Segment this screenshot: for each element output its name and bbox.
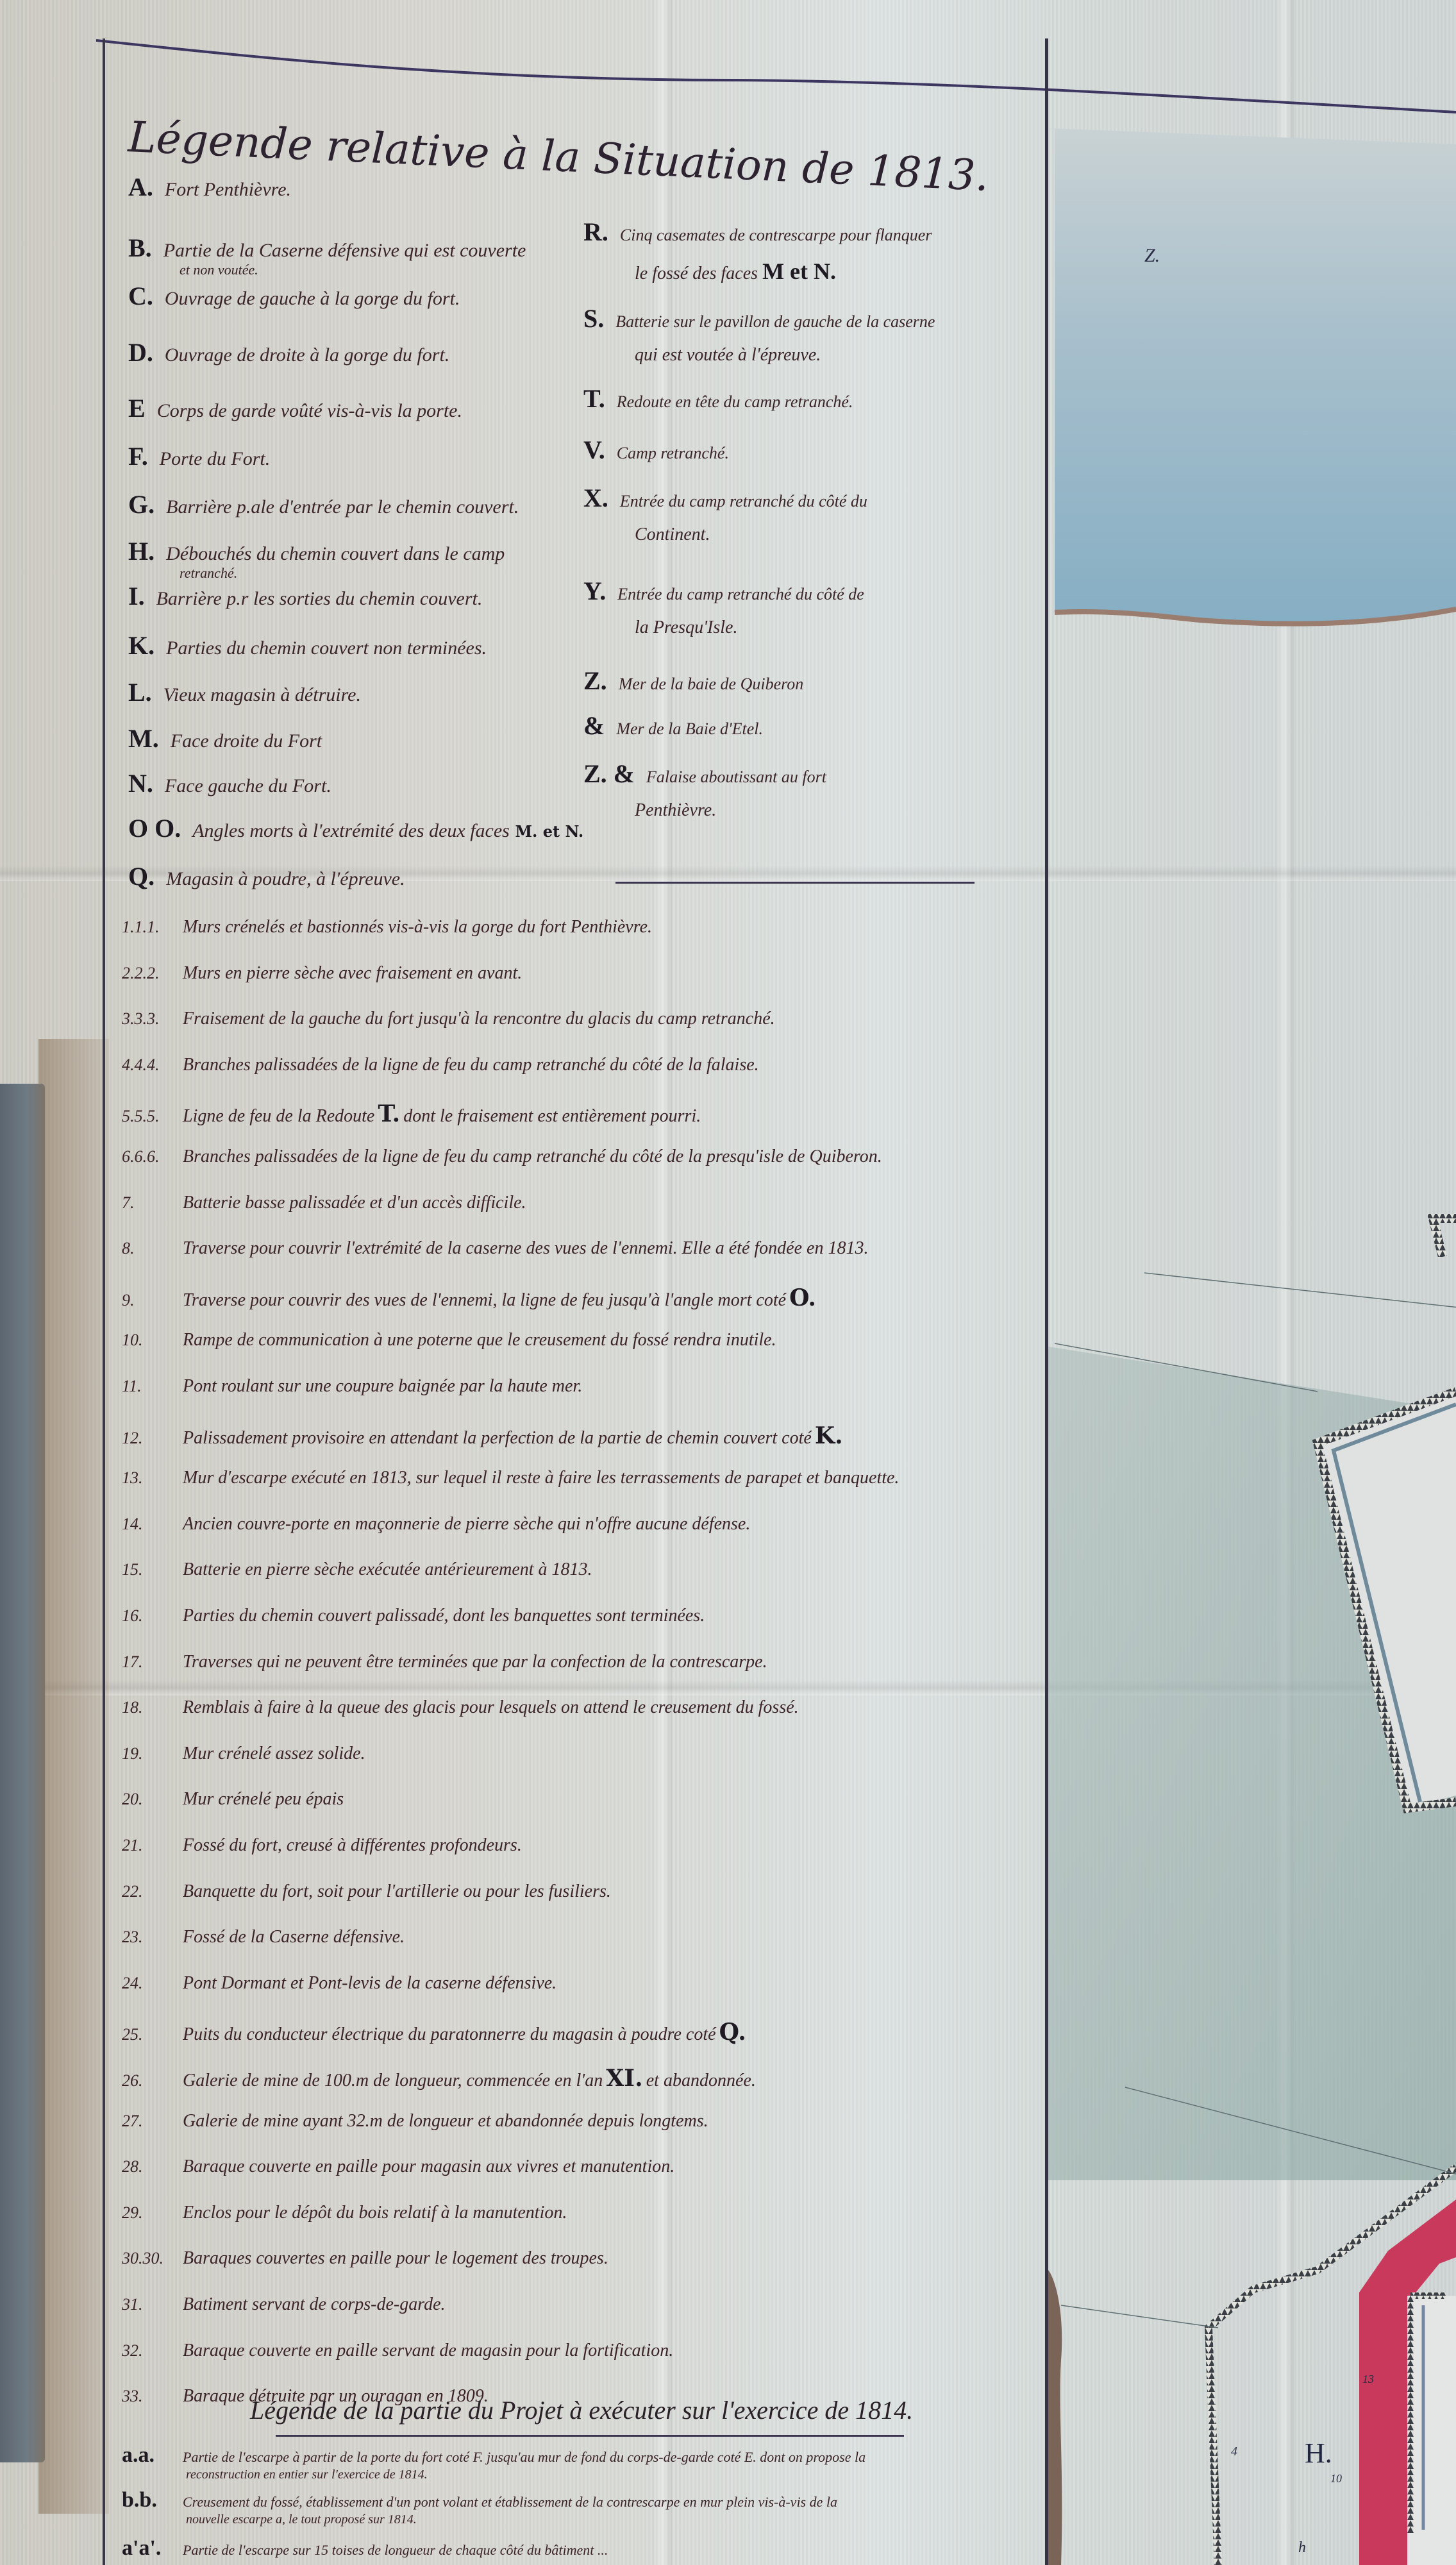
legend-text: Mur crénelé peu épais: [183, 1789, 344, 1809]
legend-text: Angles morts à l'extrémité des deux face…: [192, 820, 510, 841]
legend-entry-numbered: 15.Batterie en pierre sèche exécutée ant…: [122, 1560, 592, 1580]
legend-key: 14.: [122, 1515, 183, 1534]
legend-text-continued: qui est voutée à l'épreuve.: [635, 346, 935, 366]
legend-text: Porte du Fort.: [160, 448, 271, 469]
legend-entry-letter: Z.Mer de la baie de Quiberon: [583, 667, 803, 695]
legend-key: O O.: [128, 814, 181, 843]
legend-key: C.: [128, 282, 153, 310]
legend-entry-letter: O O.Angles morts à l'extrémité des deux …: [128, 814, 583, 843]
legend-key: A.: [128, 173, 153, 201]
project-entry: b.b.Creusement du fossé, établissement d…: [122, 2488, 837, 2527]
legend-key: 33.: [122, 2387, 183, 2406]
fortification-map: Z. H. 13 4 h 10: [1048, 0, 1456, 2565]
legend-key: 15.: [122, 1560, 183, 1579]
legend-text: Redoute en tête du camp retranché.: [617, 392, 853, 411]
legend-entry-numbered: 23.Fossé de la Caserne défensive.: [122, 1927, 405, 1947]
legend-entry-numbered: 5.5.5.Ligne de feu de la Redoute T. dont…: [122, 1100, 701, 1127]
legend-text: Banquette du fort, soit pour l'artilleri…: [183, 1881, 611, 1901]
legend-text: Mer de la baie de Quiberon: [619, 675, 804, 693]
legend-entry-letter: Q.Magasin à poudre, à l'épreuve.: [128, 862, 405, 891]
legend-key: Y.: [583, 577, 606, 605]
legend-entry-numbered: 1.1.1.Murs crénelés et bastionnés vis-à-…: [122, 917, 652, 938]
legend-text: Fraisement de la gauche du fort jusqu'à …: [183, 1009, 775, 1029]
legend-text: Cinq casemates de contrescarpe pour flan…: [620, 226, 932, 244]
project-entry: a.a.Partie de l'escarpe à partir de la p…: [122, 2443, 866, 2482]
legend-key: X.: [583, 484, 608, 512]
map-label-10: 10: [1330, 2472, 1342, 2485]
legend-text: Mur d'escarpe exécuté en 1813, sur leque…: [183, 1468, 899, 1488]
legend-entry-numbered: 10.Rampe de communication à une poterne …: [122, 1330, 776, 1350]
legend-key: H.: [128, 537, 155, 566]
legend-key: Z.: [583, 667, 607, 695]
legend-entry-numbered: 20.Mur crénelé peu épais: [122, 1789, 344, 1810]
legend-entry-letter: B.Partie de la Caserne défensive qui est…: [128, 234, 526, 278]
legend-text: Fossé de la Caserne défensive.: [183, 1927, 405, 1947]
legend-text: Branches palissadées de la ligne de feu …: [183, 1147, 882, 1166]
legend-text: Parties du chemin couvert non terminées.: [166, 637, 487, 659]
legend-text: Fossé du fort, creusé à différentes prof…: [183, 1835, 522, 1855]
legend-text: Vieux magasin à détruire.: [163, 684, 361, 705]
legend-entry-letter: L.Vieux magasin à détruire.: [128, 678, 361, 707]
legend-text: Corps de garde voûté vis-à-vis la porte.: [157, 400, 462, 421]
legend-key: 25.: [122, 2025, 183, 2044]
legend-entry-numbered: 26.Galerie de mine de 100.m de longueur,…: [122, 2065, 756, 2092]
frame-left-line: [103, 38, 105, 2565]
legend-text: Ligne de feu de la Redoute: [183, 1106, 374, 1126]
legend-key: 23.: [122, 1928, 183, 1947]
legend-text: Traverse pour couvrir l'extrémité de la …: [183, 1238, 868, 1258]
map-label-h-small: h: [1298, 2539, 1306, 2557]
legend-key: Q.: [128, 862, 155, 891]
legend-key: 19.: [122, 1744, 183, 1763]
legend-entry-numbered: 27.Galerie de mine ayant 32.m de longueu…: [122, 2111, 708, 2132]
legend-text: Batterie basse palissadée et d'un accès …: [183, 1193, 526, 1213]
legend-text: Magasin à poudre, à l'épreuve.: [166, 868, 405, 889]
legend-entry-numbered: 18.Remblais à faire à la queue des glaci…: [122, 1697, 799, 1718]
legend-text-continued: Continent.: [635, 525, 867, 545]
legend-entry-numbered: 31.Batiment servant de corps-de-garde.: [122, 2294, 446, 2315]
legend-text: Entrée du camp retranché du côté de: [617, 585, 864, 603]
legend-key: M.: [128, 725, 159, 753]
legend-entry-numbered: 4.4.4.Branches palissadées de la ligne d…: [122, 1055, 759, 1075]
legend-entry-letter: Y.Entrée du camp retranché du côté dela …: [583, 577, 864, 638]
legend-key: 3.3.3.: [122, 1009, 183, 1029]
legend-entry-letter: M.Face droite du Fort: [128, 725, 322, 753]
legend-ref: T.: [378, 1100, 400, 1127]
legend-key: 1.1.1.: [122, 918, 183, 937]
legend-text: Ouvrage de gauche à la gorge du fort.: [165, 288, 460, 309]
legend-key: V.: [583, 436, 605, 464]
legend-entry-numbered: 9.Traverse pour couvrir des vues de l'en…: [122, 1284, 816, 1311]
legend-text: Mur crénelé assez solide.: [183, 1744, 365, 1763]
legend-key: 4.4.4.: [122, 1055, 183, 1075]
legend-text: Entrée du camp retranché du côté du: [620, 492, 867, 510]
legend-text: Traverses qui ne peuvent être terminées …: [183, 1652, 767, 1672]
legend-key: Z. &: [583, 760, 635, 788]
legend-entry-numbered: 13.Mur d'escarpe exécuté en 1813, sur le…: [122, 1468, 899, 1488]
section-divider: [615, 882, 975, 884]
legend-entry-letter: N.Face gauche du Fort.: [128, 769, 331, 798]
legend-entry-numbered: 3.3.3.Fraisement de la gauche du fort ju…: [122, 1009, 775, 1029]
legend-text-continued: retranché.: [180, 566, 505, 581]
legend-text: Murs en pierre sèche avec fraisement en …: [183, 963, 522, 983]
map-label-13: 13: [1362, 2373, 1374, 2386]
legend-key: 24.: [122, 1974, 183, 1993]
legend-ref: XI.: [606, 2065, 642, 2092]
legend-key: 16.: [122, 1606, 183, 1626]
legend-text: Baraques couvertes en paille pour le log…: [183, 2248, 608, 2268]
legend-key: 21.: [122, 1836, 183, 1855]
legend-entry-letter: A.Fort Penthièvre.: [128, 173, 291, 201]
legend-key: 22.: [122, 1882, 183, 1901]
legend-key: 18.: [122, 1698, 183, 1717]
legend-text: Camp retranché.: [617, 444, 729, 462]
legend-entry-letter: X.Entrée du camp retranché du côté duCon…: [583, 484, 867, 545]
legend-key: F.: [128, 442, 148, 471]
legend-text: Rampe de communication à une poterne que…: [183, 1330, 776, 1350]
map-drawing: [1048, 0, 1456, 2565]
legend-entry-letter: K.Parties du chemin couvert non terminée…: [128, 632, 487, 660]
legend-key: D.: [128, 339, 153, 367]
legend-key: 8.: [122, 1239, 183, 1258]
legend-ref: Q.: [719, 2019, 746, 2046]
project-legend-title: Légende de la partie du Projet à exécute…: [250, 2395, 913, 2425]
legend-key: 31.: [122, 2295, 183, 2314]
legend-key: L.: [128, 678, 152, 707]
legend-entry-numbered: 17.Traverses qui ne peuvent être terminé…: [122, 1652, 767, 1672]
legend-key: 20.: [122, 1790, 183, 1809]
legend-ref: K.: [815, 1422, 843, 1449]
coast-cliff: [1048, 2270, 1062, 2565]
legend-text-after: dont le fraisement est entièrement pourr…: [403, 1106, 701, 1126]
legend-text: Galerie de mine de 100.m de longueur, co…: [183, 2071, 603, 2090]
legend-key: S.: [583, 305, 604, 333]
legend-entry-letter: F.Porte du Fort.: [128, 442, 270, 471]
legend-entry-numbered: 28.Baraque couverte en paille pour magas…: [122, 2157, 674, 2177]
legend-entry-letter: R.Cinq casemates de contrescarpe pour fl…: [583, 218, 932, 285]
legend-key: 7.: [122, 1193, 183, 1213]
legend-entry-numbered: 6.6.6.Branches palissadées de la ligne d…: [122, 1147, 882, 1167]
legend-text: Barrière p.r les sorties du chemin couve…: [156, 588, 483, 609]
legend-text: Traverse pour couvrir des vues de l'enne…: [183, 1290, 786, 1310]
legend-key: 9.: [122, 1291, 183, 1310]
legend-text: Face gauche du Fort.: [165, 775, 331, 796]
legend-entry-numbered: 16.Parties du chemin couvert palissadé, …: [122, 1606, 705, 1626]
legend-key: 32.: [122, 2341, 183, 2360]
legend-text: Batterie en pierre sèche exécutée antéri…: [183, 1560, 592, 1579]
legend-entry-letter: I.Barrière p.r les sorties du chemin cou…: [128, 582, 482, 610]
legend-entry-letter: S.Batterie sur le pavillon de gauche de …: [583, 305, 935, 366]
legend-text: Baraque couverte en paille servant de ma…: [183, 2341, 673, 2360]
legend-key: 11.: [122, 1377, 183, 1396]
legend-ref: O.: [789, 1284, 816, 1311]
left-dark-strip: [0, 1084, 45, 2462]
legend-key: R.: [583, 218, 608, 246]
legend-key: 28.: [122, 2157, 183, 2176]
legend-entry-letter: V.Camp retranché.: [583, 436, 729, 464]
legend-entry-numbered: 25.Puits du conducteur électrique du par…: [122, 2019, 746, 2046]
legend-key: G.: [128, 491, 155, 519]
legend-text: Barrière p.ale d'entrée par le chemin co…: [166, 496, 519, 517]
map-label-z: Z.: [1144, 245, 1160, 267]
legend-key: K.: [128, 632, 155, 660]
legend-entry-numbered: 19.Mur crénelé assez solide.: [122, 1744, 365, 1764]
legend-key: 5.5.5.: [122, 1107, 183, 1126]
legend-key: 13.: [122, 1468, 183, 1488]
legend-text: Enclos pour le dépôt du bois relatif à l…: [183, 2203, 567, 2223]
legend-ref: M et N.: [762, 258, 836, 284]
legend-text-continued: le fossé des faces M et N.: [635, 259, 932, 285]
project-key: a'a'.: [122, 2536, 183, 2561]
legend-entry-numbered: 32.Baraque couverte en paille servant de…: [122, 2341, 673, 2361]
legend-entry-numbered: 8.Traverse pour couvrir l'extrémité de l…: [122, 1238, 868, 1259]
legend-text: Parties du chemin couvert palissadé, don…: [183, 1606, 705, 1626]
legend-key: 26.: [122, 2071, 183, 2090]
legend-text: Palissadement provisoire en attendant la…: [183, 1428, 812, 1448]
legend-key: 30.30.: [122, 2249, 183, 2268]
legend-text-continued: Penthièvre.: [635, 801, 826, 821]
legend-text: Ancien couvre-porte en maçonnerie de pie…: [183, 1514, 750, 1534]
project-text: Partie de l'escarpe sur 15 toises de lon…: [183, 2542, 608, 2558]
legend-text: Batiment servant de corps-de-garde.: [183, 2294, 446, 2314]
legend-entry-letter: C.Ouvrage de gauche à la gorge du fort.: [128, 282, 460, 310]
legend-text: Pont Dormant et Pont-levis de la caserne…: [183, 1973, 556, 1993]
legend-entry-letter: H.Débouchés du chemin couvert dans le ca…: [128, 537, 505, 581]
project-text-continued: nouvelle escarpe a, le tout proposé sur …: [186, 2512, 837, 2527]
legend-text-continued: et non voutée.: [180, 262, 526, 278]
legend-entry-letter: G.Barrière p.ale d'entrée par le chemin …: [128, 491, 519, 519]
legend-entry-numbered: 7.Batterie basse palissadée et d'un accè…: [122, 1193, 526, 1213]
legend-entry-numbered: 24.Pont Dormant et Pont-levis de la case…: [122, 1973, 556, 1994]
legend-entry-numbered: 29.Enclos pour le dépôt du bois relatif …: [122, 2203, 567, 2223]
legend-entry-numbered: 22.Banquette du fort, soit pour l'artill…: [122, 1881, 611, 1902]
legend-text: Remblais à faire à la queue des glacis p…: [183, 1697, 799, 1717]
legend-entry-numbered: 12.Palissadement provisoire en attendant…: [122, 1422, 843, 1449]
legend-entry-letter: &Mer de la Baie d'Etel.: [583, 712, 763, 740]
legend-text: Face droite du Fort: [171, 730, 322, 752]
project-text: Partie de l'escarpe à partir de la porte…: [183, 2449, 866, 2465]
legend-entry-numbered: 2.2.2.Murs en pierre sèche avec fraiseme…: [122, 963, 522, 984]
legend-entry-letter: ECorps de garde voûté vis-à-vis la porte…: [128, 394, 462, 423]
legend-text-continued: la Presqu'Isle.: [635, 618, 864, 638]
legend-entry-numbered: 11.Pont roulant sur une coupure baignée …: [122, 1376, 582, 1397]
legend-key: 10.: [122, 1331, 183, 1350]
legend-text: Partie de la Caserne défensive qui est c…: [163, 240, 526, 261]
legend-entry-letter: D.Ouvrage de droite à la gorge du fort.: [128, 339, 449, 367]
map-label-4: 4: [1231, 2444, 1237, 2459]
legend-text: Galerie de mine ayant 32.m de longueur e…: [183, 2111, 708, 2131]
legend-key: 6.6.6.: [122, 1147, 183, 1166]
legend-text: Mer de la Baie d'Etel.: [616, 719, 763, 738]
legend-key: E: [128, 394, 146, 423]
legend-text: Puits du conducteur électrique du parato…: [183, 2024, 716, 2044]
legend-text: Falaise aboutissant au fort: [646, 768, 826, 786]
legend-key: 12.: [122, 1429, 183, 1448]
project-text-continued: reconstruction en entier sur l'exercice …: [186, 2468, 866, 2482]
legend-entry-numbered: 21.Fossé du fort, creusé à différentes p…: [122, 1835, 522, 1856]
legend-text: Baraque couverte en paille pour magasin …: [183, 2157, 674, 2176]
project-key: a.a.: [122, 2443, 183, 2468]
legend-entry-numbered: 14.Ancien couvre-porte en maçonnerie de …: [122, 1514, 750, 1535]
legend-key: &: [583, 712, 605, 740]
legend-text: Pont roulant sur une coupure baignée par…: [183, 1376, 582, 1396]
map-label-h: H.: [1305, 2437, 1332, 2469]
legend-key: 2.2.2.: [122, 964, 183, 983]
legend-entry-letter: T.Redoute en tête du camp retranché.: [583, 385, 853, 413]
legend-text: Branches palissadées de la ligne de feu …: [183, 1055, 759, 1075]
legend-text: Débouchés du chemin couvert dans le camp: [166, 543, 505, 564]
legend-key: B.: [128, 234, 152, 262]
legend-key: I.: [128, 582, 145, 610]
legend-key: N.: [128, 769, 153, 798]
left-shadow: [38, 1039, 109, 2514]
legend-ref: M. et N.: [515, 822, 583, 841]
legend-text: Batterie sur le pavillon de gauche de la…: [615, 312, 935, 331]
legend-key: 17.: [122, 1653, 183, 1672]
legend-key: T.: [583, 385, 605, 413]
legend-entry-letter: Z. &Falaise aboutissant au fortPenthièvr…: [583, 760, 826, 821]
project-key: b.b.: [122, 2488, 183, 2512]
legend-text: Fort Penthièvre.: [165, 179, 291, 200]
project-title-underline: [276, 2435, 904, 2437]
project-text: Creusement du fossé, établissement d'un …: [183, 2494, 837, 2510]
legend-key: 27.: [122, 2112, 183, 2131]
sea-area: [1048, 128, 1456, 622]
project-entry: a'a'.Partie de l'escarpe sur 15 toises d…: [122, 2536, 608, 2561]
legend-key: 29.: [122, 2203, 183, 2223]
legend-text: Murs crénelés et bastionnés vis-à-vis la…: [183, 917, 652, 937]
legend-entry-numbered: 30.30.Baraques couvertes en paille pour …: [122, 2248, 608, 2269]
legend-text: Ouvrage de droite à la gorge du fort.: [165, 344, 449, 366]
legend-text-after: et abandonnée.: [646, 2071, 756, 2090]
